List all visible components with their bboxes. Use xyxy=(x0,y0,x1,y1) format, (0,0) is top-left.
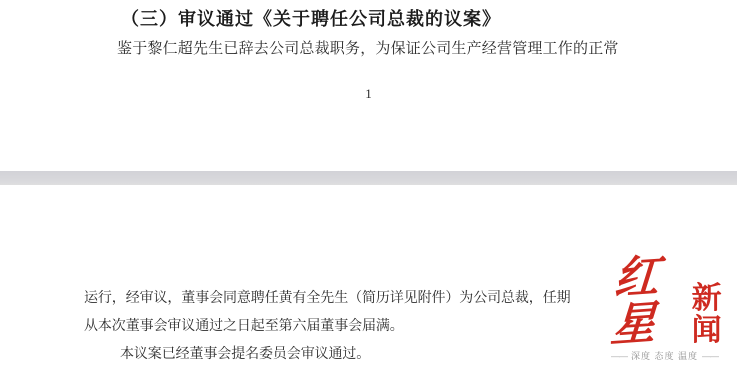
tagline-dash-left: —— xyxy=(611,351,627,361)
body-line: 本议案已经董事会提名委员会审议通过。 xyxy=(84,341,664,369)
body-line: 运行，经审议，董事会同意聘任黄有全先生（简历详见附件）为公司总裁，任期 xyxy=(84,285,664,313)
redstar-news-logo: 红星 新闻 xyxy=(593,297,736,347)
body-paragraphs-page2: 运行，经审议，董事会同意聘任黄有全先生（简历详见附件）为公司总裁，任期 从本次董… xyxy=(84,285,664,369)
tagline-dash-right: —— xyxy=(702,351,718,361)
document-screenshot: （三）审议通过《关于聘任公司总裁的议案》 鉴于黎仁超先生已辞去公司总裁职务，为保… xyxy=(0,0,737,373)
body-line: 从本次董事会审议通过之日起至第六届董事会届满。 xyxy=(84,313,664,341)
brand-tagline: —— 深度 态度 温度 —— xyxy=(593,349,736,362)
page-number: 1 xyxy=(0,86,737,102)
redstar-news-watermark: 红星 新闻 —— 深度 态度 温度 —— xyxy=(593,297,736,362)
page-separator-band xyxy=(0,171,737,185)
tagline-text: 深度 态度 温度 xyxy=(631,349,698,362)
brand-main-text: 新闻 xyxy=(677,283,736,347)
section-heading: （三）审议通过《关于聘任公司总裁的议案》 xyxy=(121,7,501,31)
body-line-page1: 鉴于黎仁超先生已辞去公司总裁职务，为保证公司生产经营管理工作的正常 xyxy=(117,38,619,60)
brand-calligraphy-text: 红星 xyxy=(590,252,681,351)
